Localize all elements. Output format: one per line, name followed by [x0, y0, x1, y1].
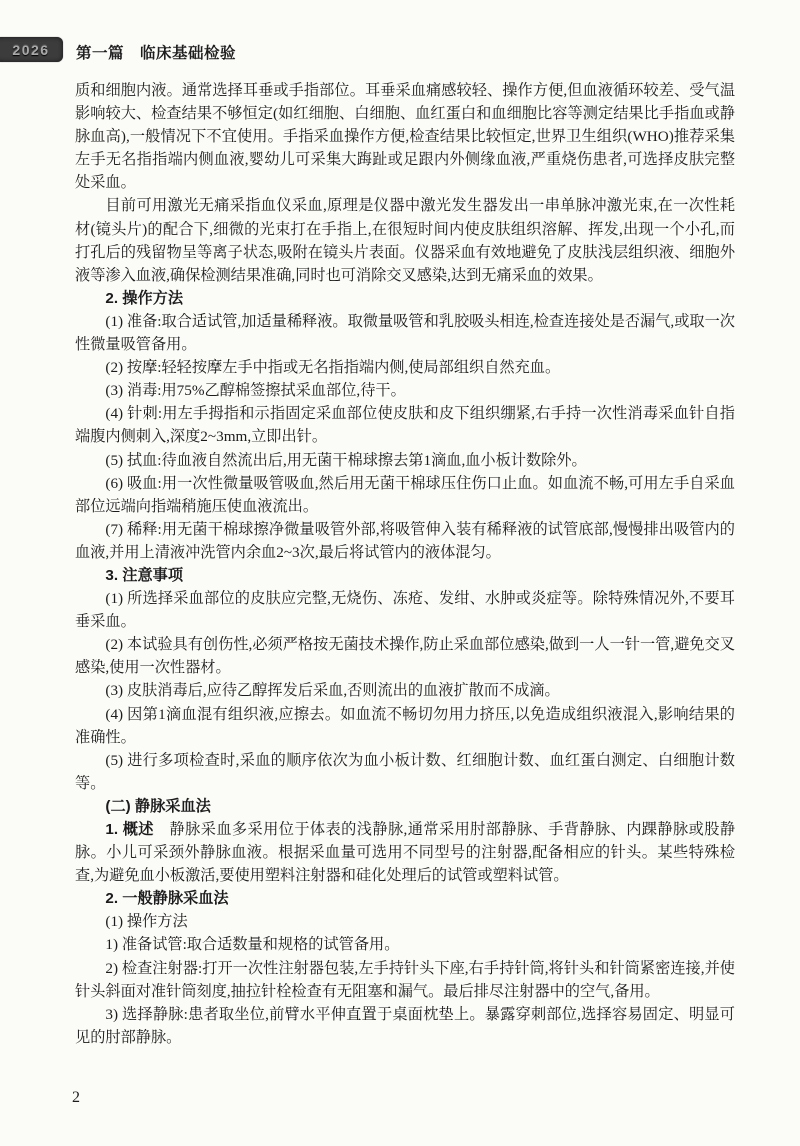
section-heading: 2. 操作方法 [75, 287, 735, 310]
paragraph: 质和细胞内液。通常选择耳垂或手指部位。耳垂采血痛感较轻、操作方便,但血液循环较差… [75, 79, 735, 194]
edition-year-label: 2026 [8, 42, 49, 58]
paragraph: (1) 所选择采血部位的皮肤应完整,无烧伤、冻疮、发绀、水肿或炎症等。除特殊情况… [75, 587, 735, 633]
section-heading: 2. 一般静脉采血法 [75, 887, 735, 910]
page-number: 2 [72, 1089, 80, 1107]
paragraph: (7) 稀释:用无菌干棉球擦净微量吸管外部,将吸管伸入装有稀释液的试管底部,慢慢… [75, 518, 735, 564]
paragraph: (2) 按摩:轻轻按摩左手中指或无名指指端内侧,使局部组织自然充血。 [75, 356, 735, 379]
paragraph: (4) 因第1滴血混有组织液,应擦去。如血流不畅切勿用力挤压,以免造成组织液混入… [75, 703, 735, 749]
paragraph-bold-lead: 1. 概述 [105, 821, 154, 838]
scanned-book-page: { "header": { "badge": "2026", "title": … [0, 0, 800, 1146]
paragraph: (1) 准备:取合适试管,加适量稀释液。取微量吸管和乳胶吸头相连,检查连接处是否… [75, 310, 735, 356]
paragraph: (5) 拭血:待血液自然流出后,用无菌干棉球擦去第1滴血,血小板计数除外。 [75, 449, 735, 472]
chapter-header: 第一篇 临床基础检验 [76, 41, 236, 63]
paragraph: (2) 本试验具有创伤性,必须严格按无菌技术操作,防止采血部位感染,做到一人一针… [75, 633, 735, 679]
paragraph: (6) 吸血:用一次性微量吸管吸血,然后用无菌干棉球压住伤口止血。如血流不畅,可… [75, 472, 735, 518]
paragraph: (4) 针刺:用左手拇指和示指固定采血部位使皮肤和皮下组织绷紧,右手持一次性消毒… [75, 402, 735, 448]
paragraph: (3) 皮肤消毒后,应待乙醇挥发后采血,否则流出的血液扩散而不成滴。 [75, 679, 735, 702]
paragraph: 1) 准备试管:取合适数量和规格的试管备用。 [75, 933, 735, 956]
paragraph: (1) 操作方法 [75, 910, 735, 933]
section-heading: (二) 静脉采血法 [75, 795, 735, 818]
paragraph: (3) 消毒:用75%乙醇棉签擦拭采血部位,待干。 [75, 379, 735, 402]
paragraph: 目前可用激光无痛采指血仪采血,原理是仪器中激光发生器发出一串单脉冲激光束,在一次… [75, 194, 735, 286]
page-body: 质和细胞内液。通常选择耳垂或手指部位。耳垂采血痛感较轻、操作方便,但血液循环较差… [75, 79, 735, 1049]
paragraph: 1. 概述 静脉采血多采用位于体表的浅静脉,通常采用肘部静脉、手背静脉、内踝静脉… [75, 818, 735, 887]
book-page: 2026 第一篇 临床基础检验 质和细胞内液。通常选择耳垂或手指部位。耳垂采血痛… [0, 0, 800, 1146]
paragraph: (5) 进行多项检查时,采血的顺序依次为血小板计数、红细胞计数、血红蛋白测定、白… [75, 749, 735, 795]
section-heading: 3. 注意事项 [75, 564, 735, 587]
paragraph: 3) 选择静脉:患者取坐位,前臂水平伸直置于桌面枕垫上。暴露穿刺部位,选择容易固… [75, 1003, 735, 1049]
paragraph: 2) 检查注射器:打开一次性注射器包装,左手持针头下座,右手持针筒,将针头和针筒… [75, 957, 735, 1003]
edition-year-badge: 2026 [0, 37, 63, 62]
